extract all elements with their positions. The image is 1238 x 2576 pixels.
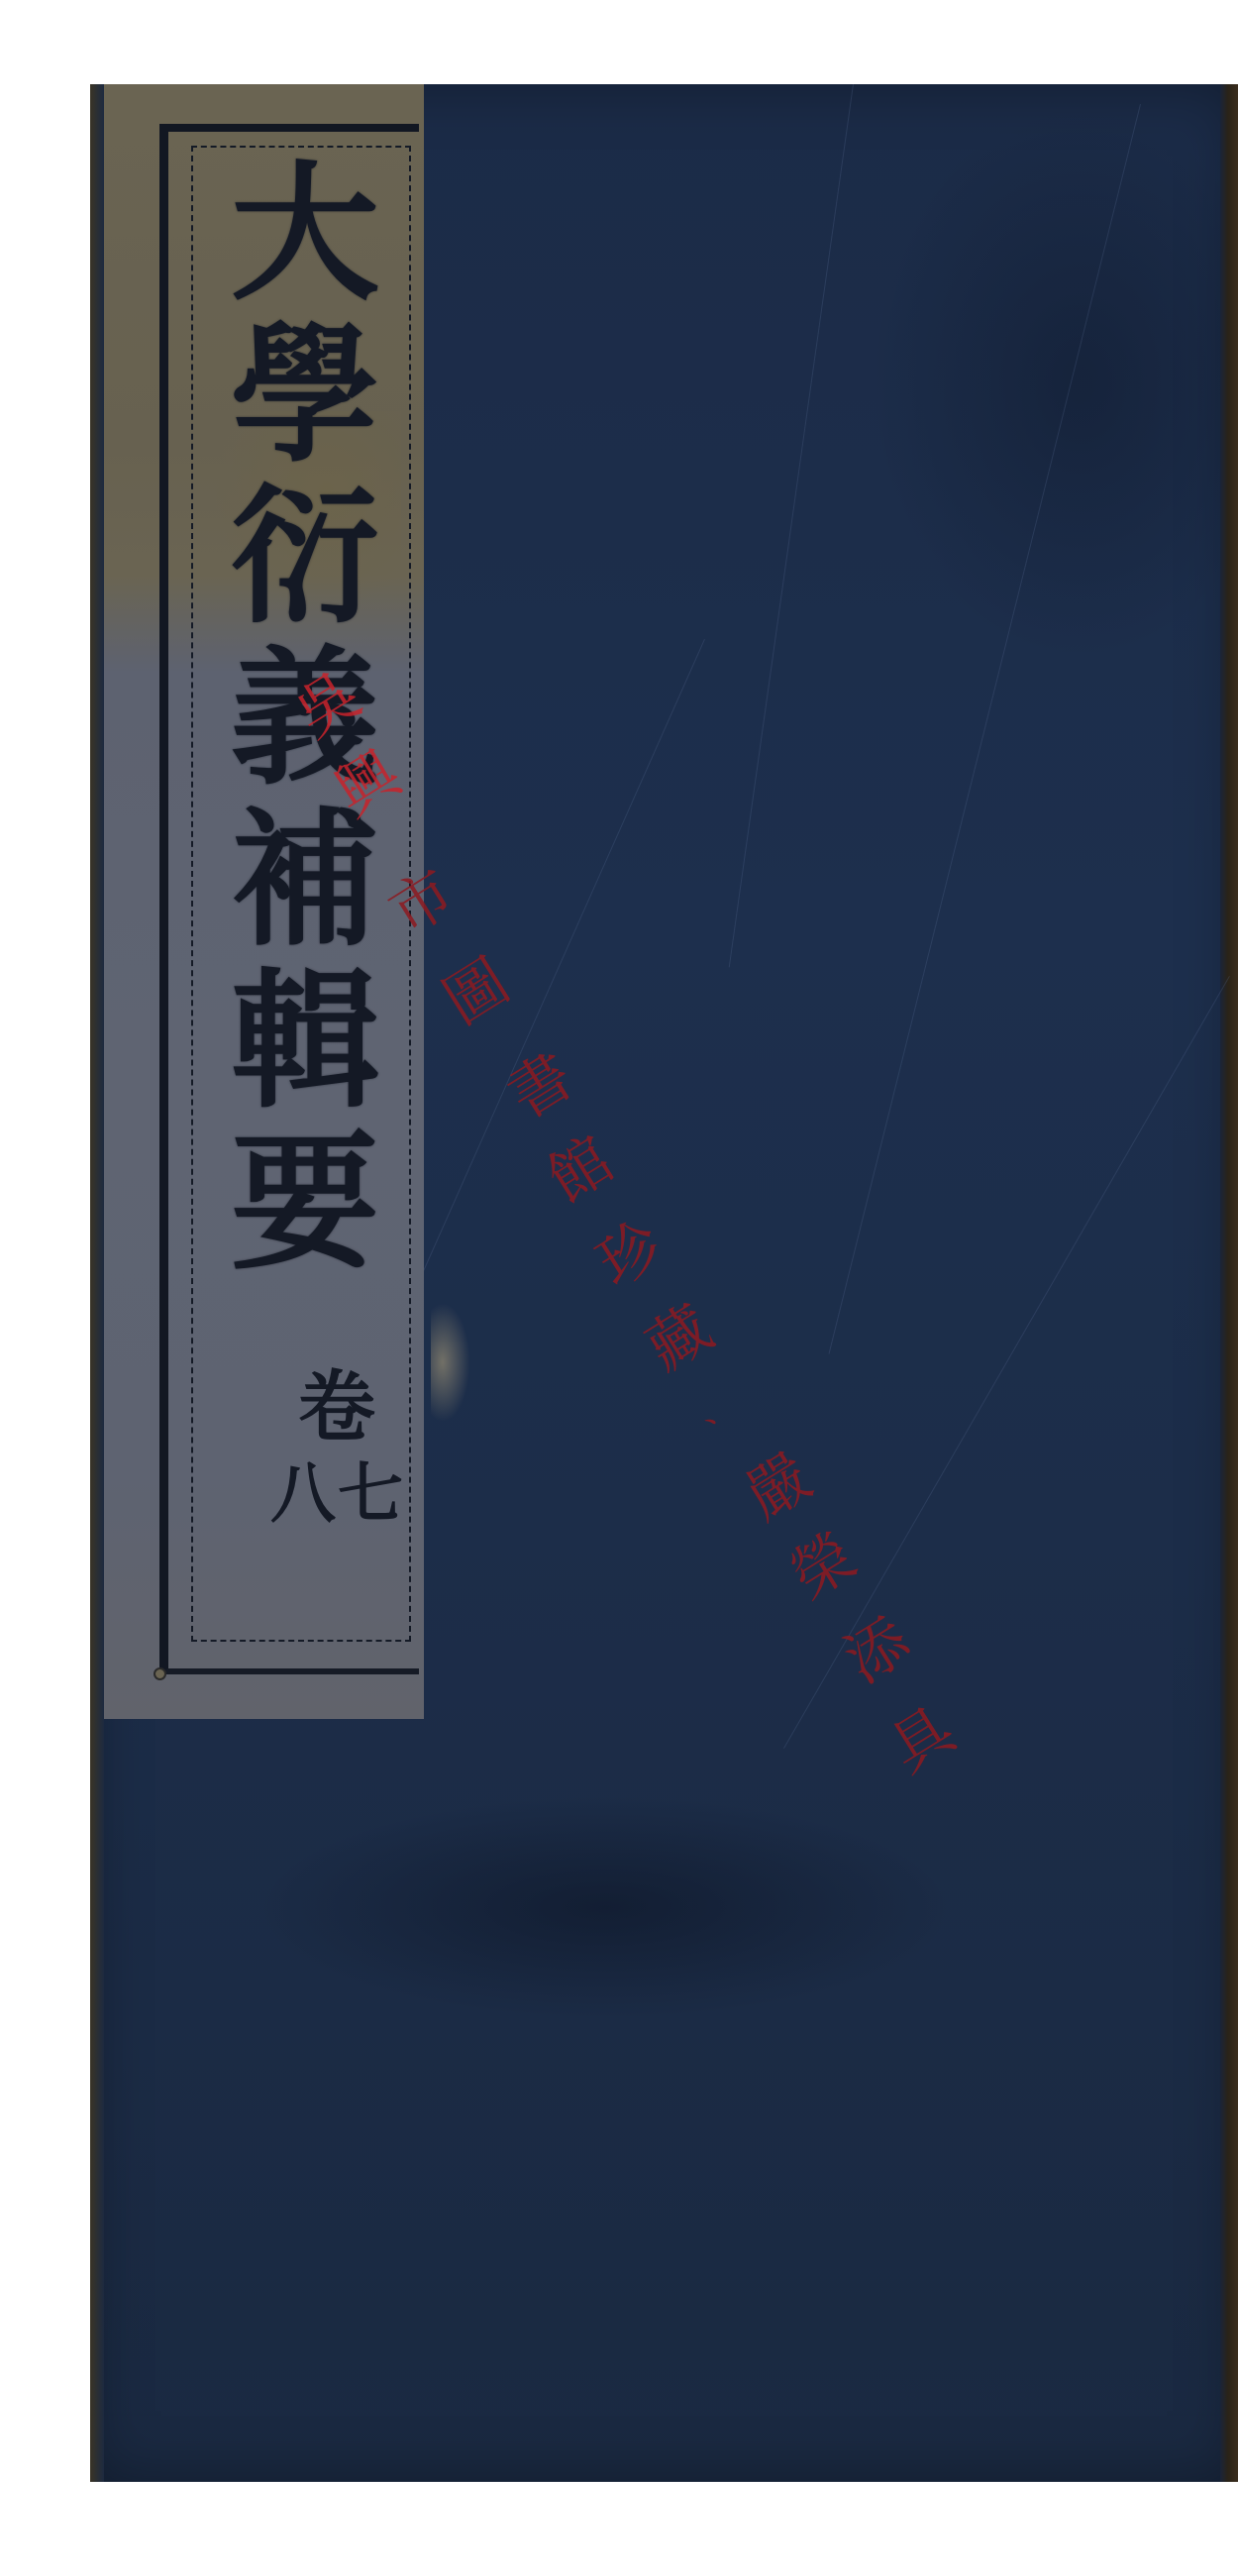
book-cover: 大 學 衍 義 補 輯 要 卷 八 七 [90, 84, 1238, 2482]
volume-prefix: 卷 [298, 1362, 375, 1453]
title-char: 學 [231, 315, 379, 477]
paper-tear [431, 1303, 470, 1422]
library-stamp: 吳 興 市 圖 書 館 珍 藏 、 嚴 榮 添 具 [297, 674, 298, 675]
cover-right-edge [1220, 84, 1238, 2482]
title-char: 衍 [231, 477, 379, 638]
cover-left-edge [90, 84, 104, 2482]
volume-numbers: 八 七 [270, 1453, 403, 1533]
frame-corner-dot [154, 1667, 166, 1680]
title-char: 輯 [231, 961, 379, 1123]
paper-crease [729, 84, 854, 967]
volume-number: 七 [338, 1453, 403, 1533]
volume-label: 卷 八 七 [282, 1362, 391, 1533]
title-char: 要 [231, 1123, 379, 1284]
title-label-slip: 大 學 衍 義 補 輯 要 卷 八 七 [104, 84, 424, 1719]
title-char: 大 [231, 154, 379, 315]
volume-number: 八 [270, 1453, 336, 1533]
paper-crease [829, 104, 1141, 1354]
